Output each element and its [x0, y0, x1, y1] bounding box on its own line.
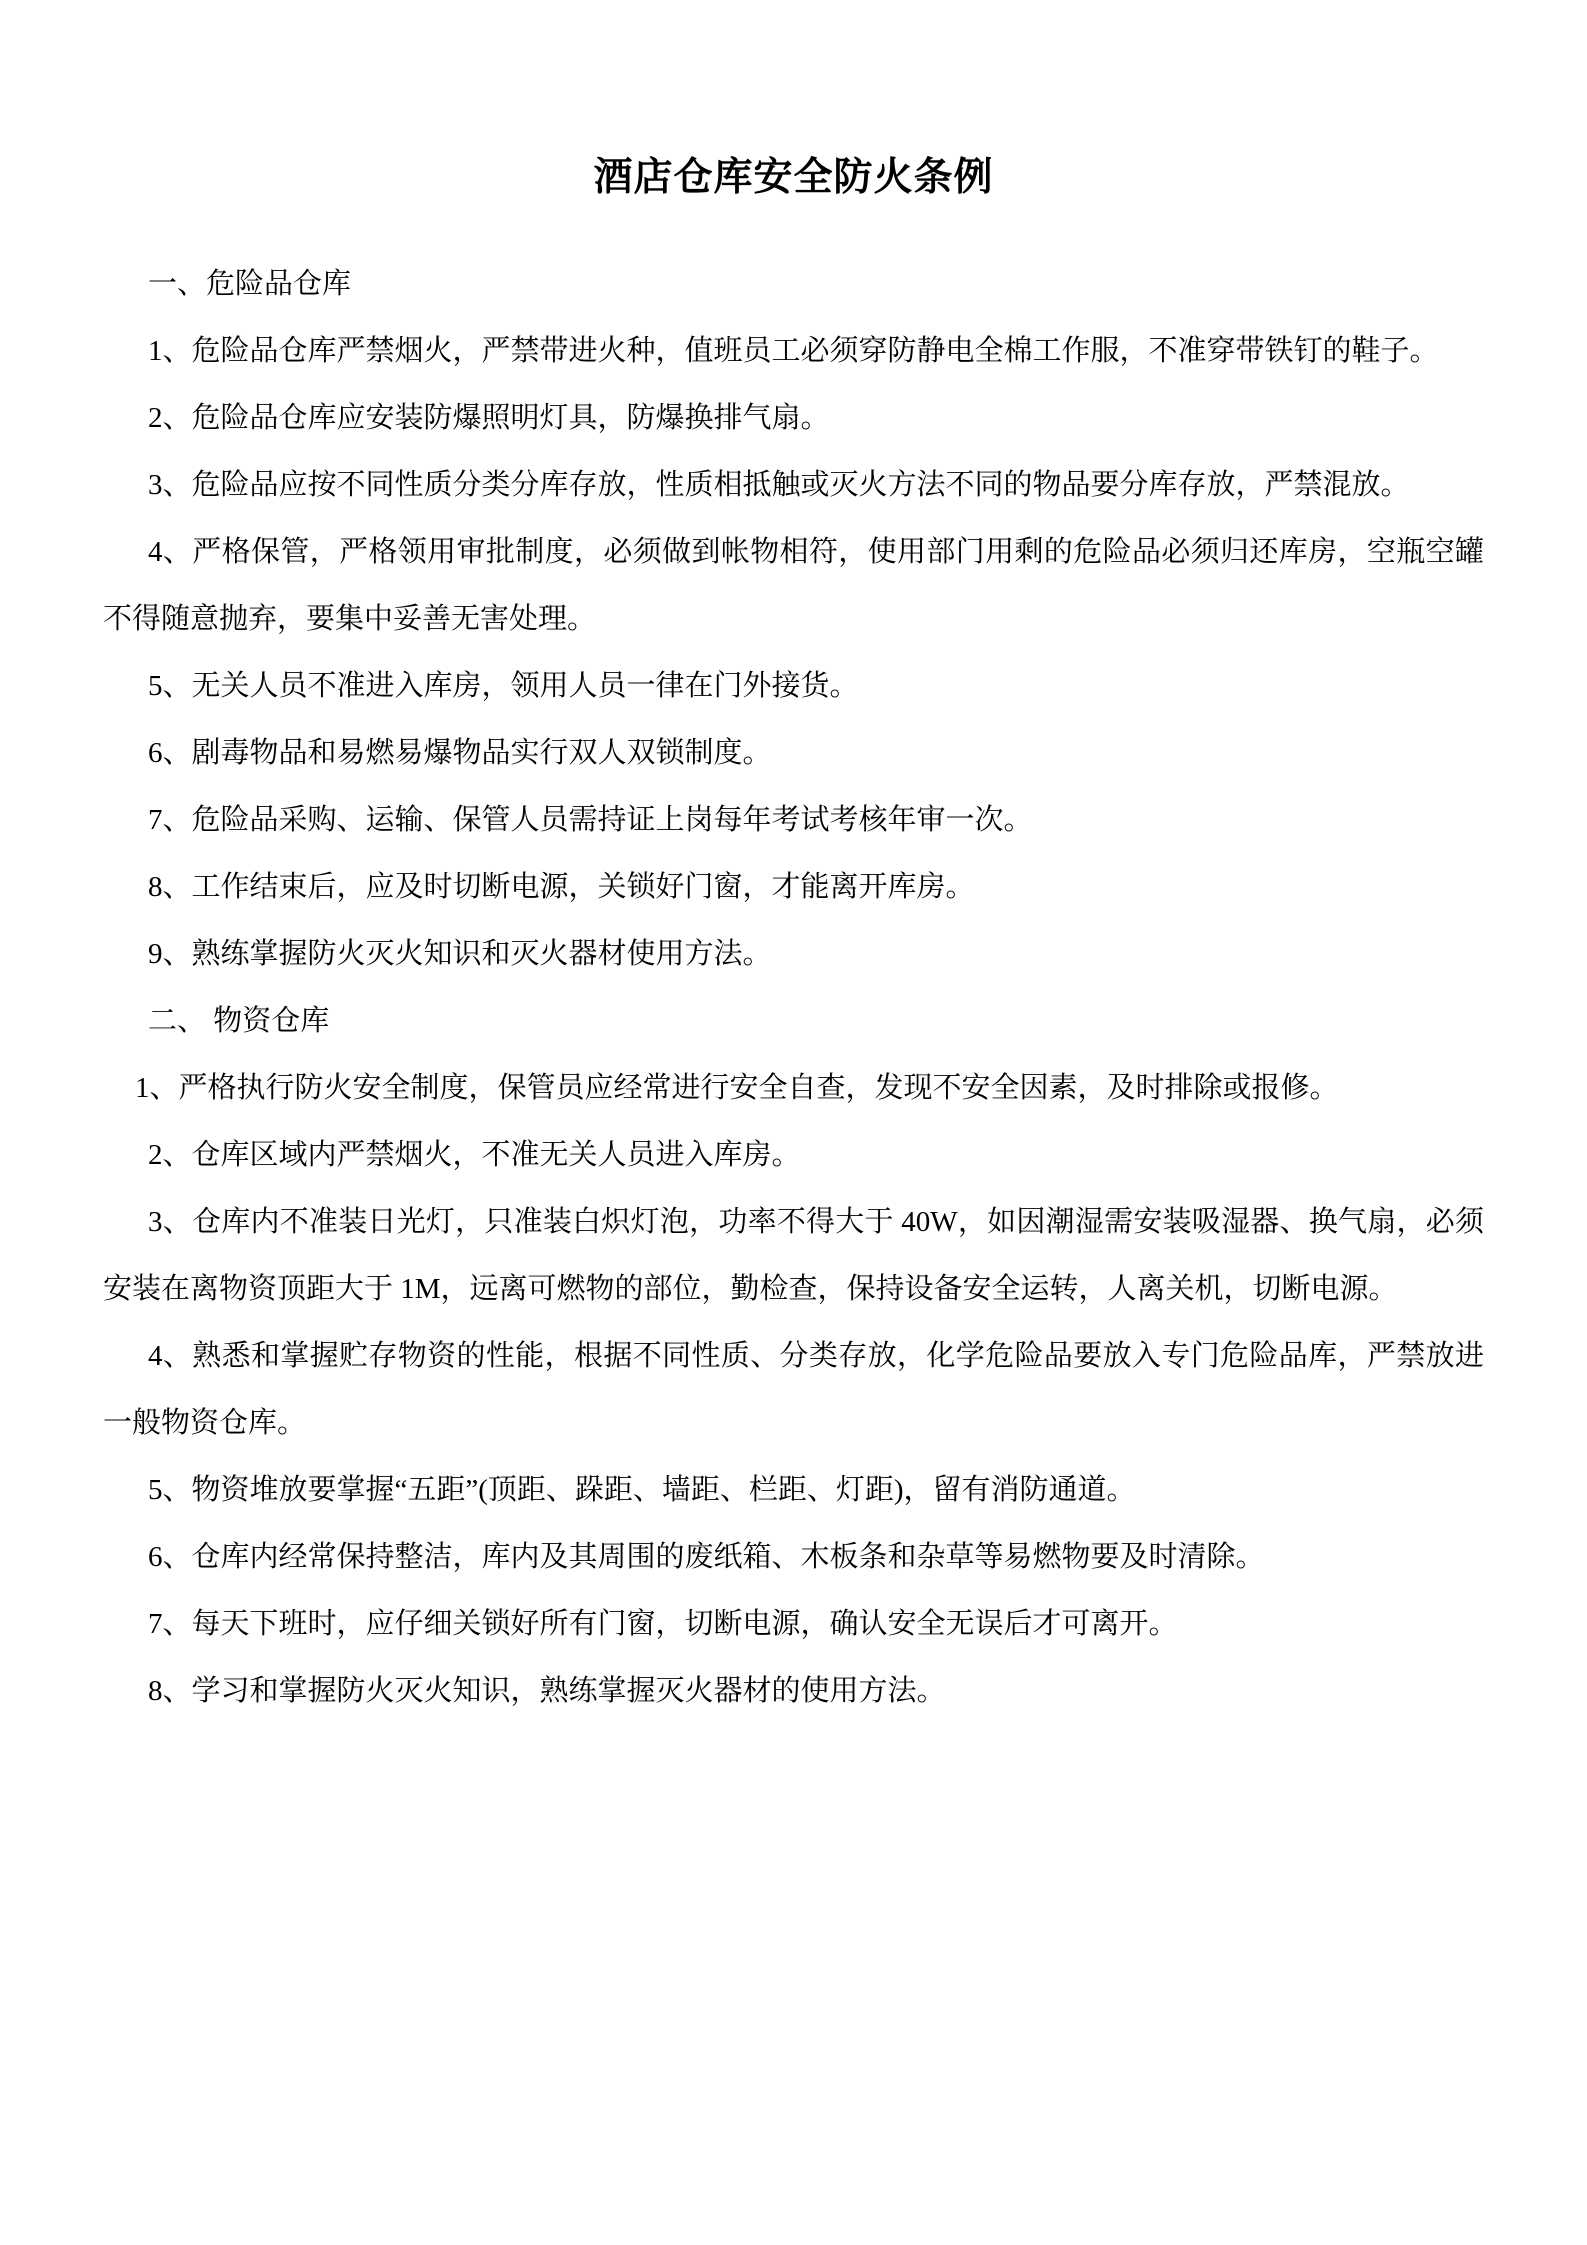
section-2-item-4: 4、熟悉和掌握贮存物资的性能，根据不同性质、分类存放，化学危险品要放入专门危险品… [103, 1323, 1484, 1457]
section-2-item-7: 7、每天下班时，应仔细关锁好所有门窗，切断电源，确认安全无误后才可离开。 [103, 1591, 1484, 1658]
section-1-item-6: 6、剧毒物品和易燃易爆物品实行双人双锁制度。 [103, 720, 1484, 787]
section-1-item-9: 9、熟练掌握防火灭火知识和灭火器材使用方法。 [103, 921, 1484, 988]
document-title: 酒店仓库安全防火条例 [103, 150, 1484, 205]
section-2-item-5: 5、物资堆放要掌握“五距”(顶距、跺距、墙距、栏距、灯距)，留有消防通道。 [103, 1457, 1484, 1524]
document-page: 酒店仓库安全防火条例 一、危险品仓库 1、危险品仓库严禁烟火，严禁带进火种，值班… [0, 0, 1587, 2245]
section-2-heading: 二、 物资仓库 [103, 988, 1484, 1055]
section-1-item-7: 7、危险品采购、运输、保管人员需持证上岗每年考试考核年审一次。 [103, 787, 1484, 854]
section-2-item-3: 3、仓库内不准装日光灯，只准装白炽灯泡，功率不得大于 40W，如因潮湿需安装吸湿… [103, 1189, 1484, 1323]
section-2-item-8: 8、学习和掌握防火灭火知识，熟练掌握灭火器材的使用方法。 [103, 1658, 1484, 1725]
section-1-item-3: 3、危险品应按不同性质分类分库存放，性质相抵触或灭火方法不同的物品要分库存放，严… [103, 452, 1484, 519]
section-2-item-1: 1、严格执行防火安全制度，保管员应经常进行安全自查，发现不安全因素，及时排除或报… [103, 1055, 1484, 1122]
section-1-item-8: 8、工作结束后，应及时切断电源，关锁好门窗，才能离开库房。 [103, 854, 1484, 921]
section-2-item-6: 6、仓库内经常保持整洁，库内及其周围的废纸箱、木板条和杂草等易燃物要及时清除。 [103, 1524, 1484, 1591]
section-1-item-4: 4、严格保管，严格领用审批制度，必须做到帐物相符，使用部门用剩的危险品必须归还库… [103, 519, 1484, 653]
section-1-item-5: 5、无关人员不准进入库房，领用人员一律在门外接货。 [103, 653, 1484, 720]
section-2-item-2: 2、仓库区域内严禁烟火，不准无关人员进入库房。 [103, 1122, 1484, 1189]
section-1-item-1: 1、危险品仓库严禁烟火，严禁带进火种，值班员工必须穿防静电全棉工作服，不准穿带铁… [103, 318, 1484, 385]
section-1-item-2: 2、危险品仓库应安装防爆照明灯具，防爆换排气扇。 [103, 385, 1484, 452]
section-1-heading: 一、危险品仓库 [103, 251, 1484, 318]
